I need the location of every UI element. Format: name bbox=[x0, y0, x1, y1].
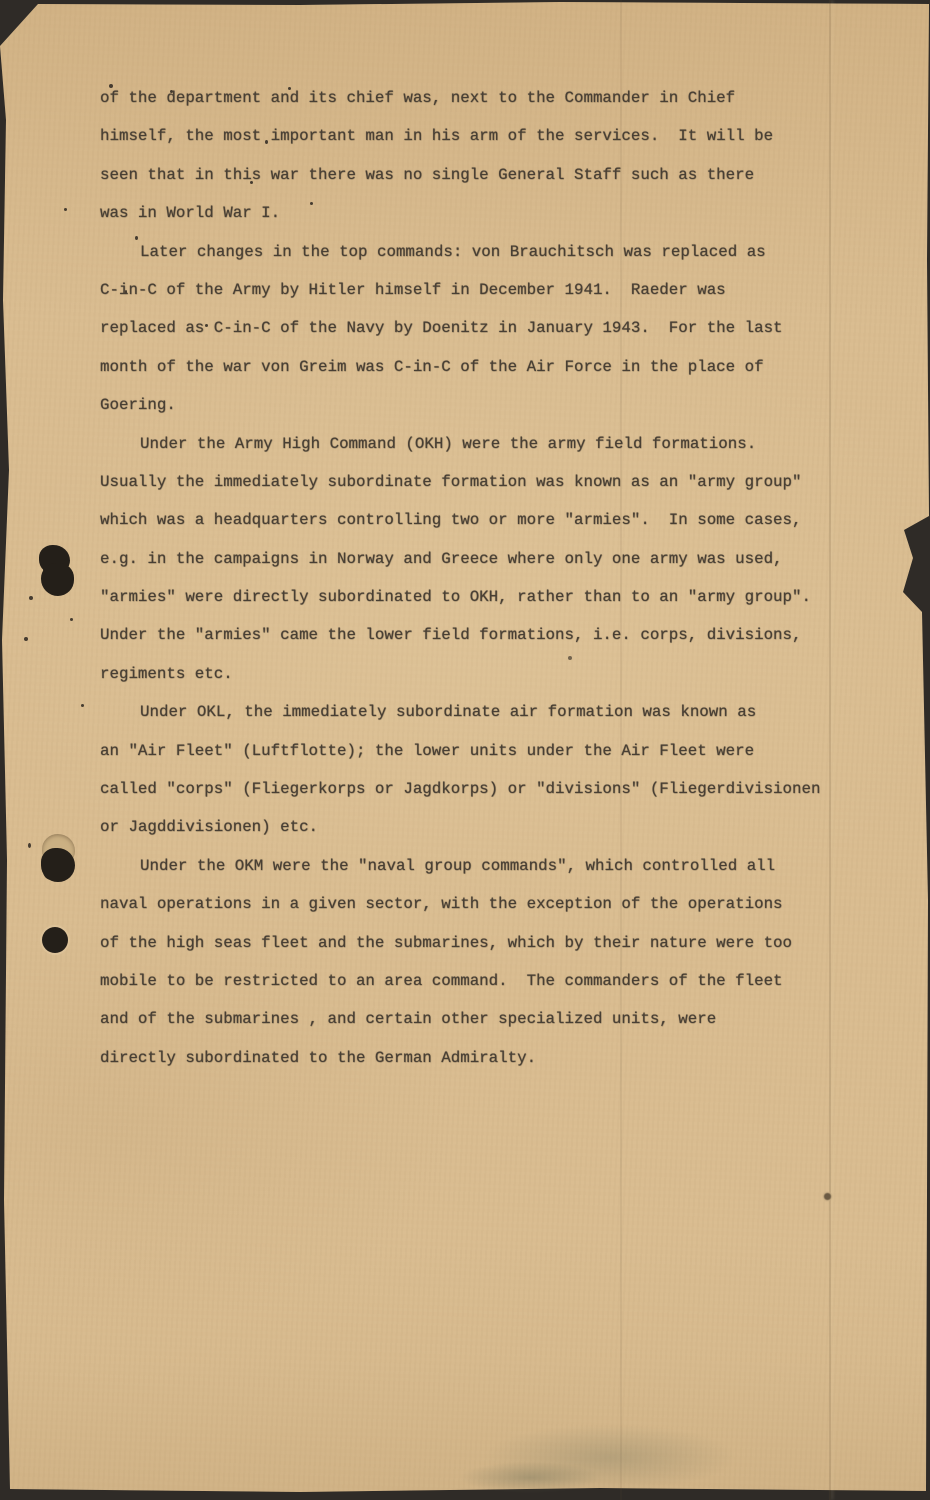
text-line: replaced as C-in-C of the Navy by Doenit… bbox=[100, 309, 860, 347]
text-line: "armies" were directly subordinated to O… bbox=[100, 578, 860, 616]
text-line: Under the "armies" came the lower field … bbox=[100, 616, 860, 654]
text-line: Under the Army High Command (OKH) were t… bbox=[100, 425, 860, 463]
ink-speck bbox=[24, 637, 28, 641]
ink-speck bbox=[70, 618, 73, 621]
text-line: Goering. bbox=[100, 386, 860, 424]
ink-blot bbox=[41, 848, 75, 882]
text-line: directly subordinated to the German Admi… bbox=[100, 1039, 860, 1077]
text-line: which was a headquarters controlling two… bbox=[100, 501, 860, 539]
text-line: seen that in this war there was no singl… bbox=[100, 156, 860, 194]
text-block: of the department and its chief was, nex… bbox=[100, 79, 860, 1077]
ink-blot bbox=[41, 563, 74, 596]
text-line: mobile to be restricted to an area comma… bbox=[100, 962, 860, 1000]
text-line: and of the submarines , and certain othe… bbox=[100, 1000, 860, 1038]
ink-speck bbox=[822, 1191, 833, 1202]
text-line: of the department and its chief was, nex… bbox=[100, 79, 860, 117]
text-line: called "corps" (Fliegerkorps or Jagdkorp… bbox=[100, 770, 860, 808]
text-line: Under OKL, the immediately subordinate a… bbox=[100, 693, 860, 731]
ink-speck bbox=[28, 843, 31, 848]
smudge-stain bbox=[430, 1455, 630, 1500]
text-line: regiments etc. bbox=[100, 655, 860, 693]
ink-speck bbox=[81, 704, 84, 707]
text-line: e.g. in the campaigns in Norway and Gree… bbox=[100, 540, 860, 578]
text-line: Usually the immediately subordinate form… bbox=[100, 463, 860, 501]
text-line: an "Air Fleet" (Luftflotte); the lower u… bbox=[100, 732, 860, 770]
ink-speck bbox=[29, 596, 33, 600]
text-line: naval operations in a given sector, with… bbox=[100, 885, 860, 923]
text-line: was in World War I. bbox=[100, 194, 860, 232]
text-line: C-in-C of the Army by Hitler himself in … bbox=[100, 271, 860, 309]
text-line: Later changes in the top commands: von B… bbox=[100, 233, 860, 271]
ink-speck bbox=[64, 208, 67, 211]
text-line: Under the OKM were the "naval group comm… bbox=[100, 847, 860, 885]
punch-hole bbox=[42, 927, 68, 953]
text-line: month of the war von Greim was C-in-C of… bbox=[100, 348, 860, 386]
text-line: or Jagddivisionen) etc. bbox=[100, 808, 860, 846]
text-line: of the high seas fleet and the submarine… bbox=[100, 924, 860, 962]
text-line: himself, the most important man in his a… bbox=[100, 117, 860, 155]
